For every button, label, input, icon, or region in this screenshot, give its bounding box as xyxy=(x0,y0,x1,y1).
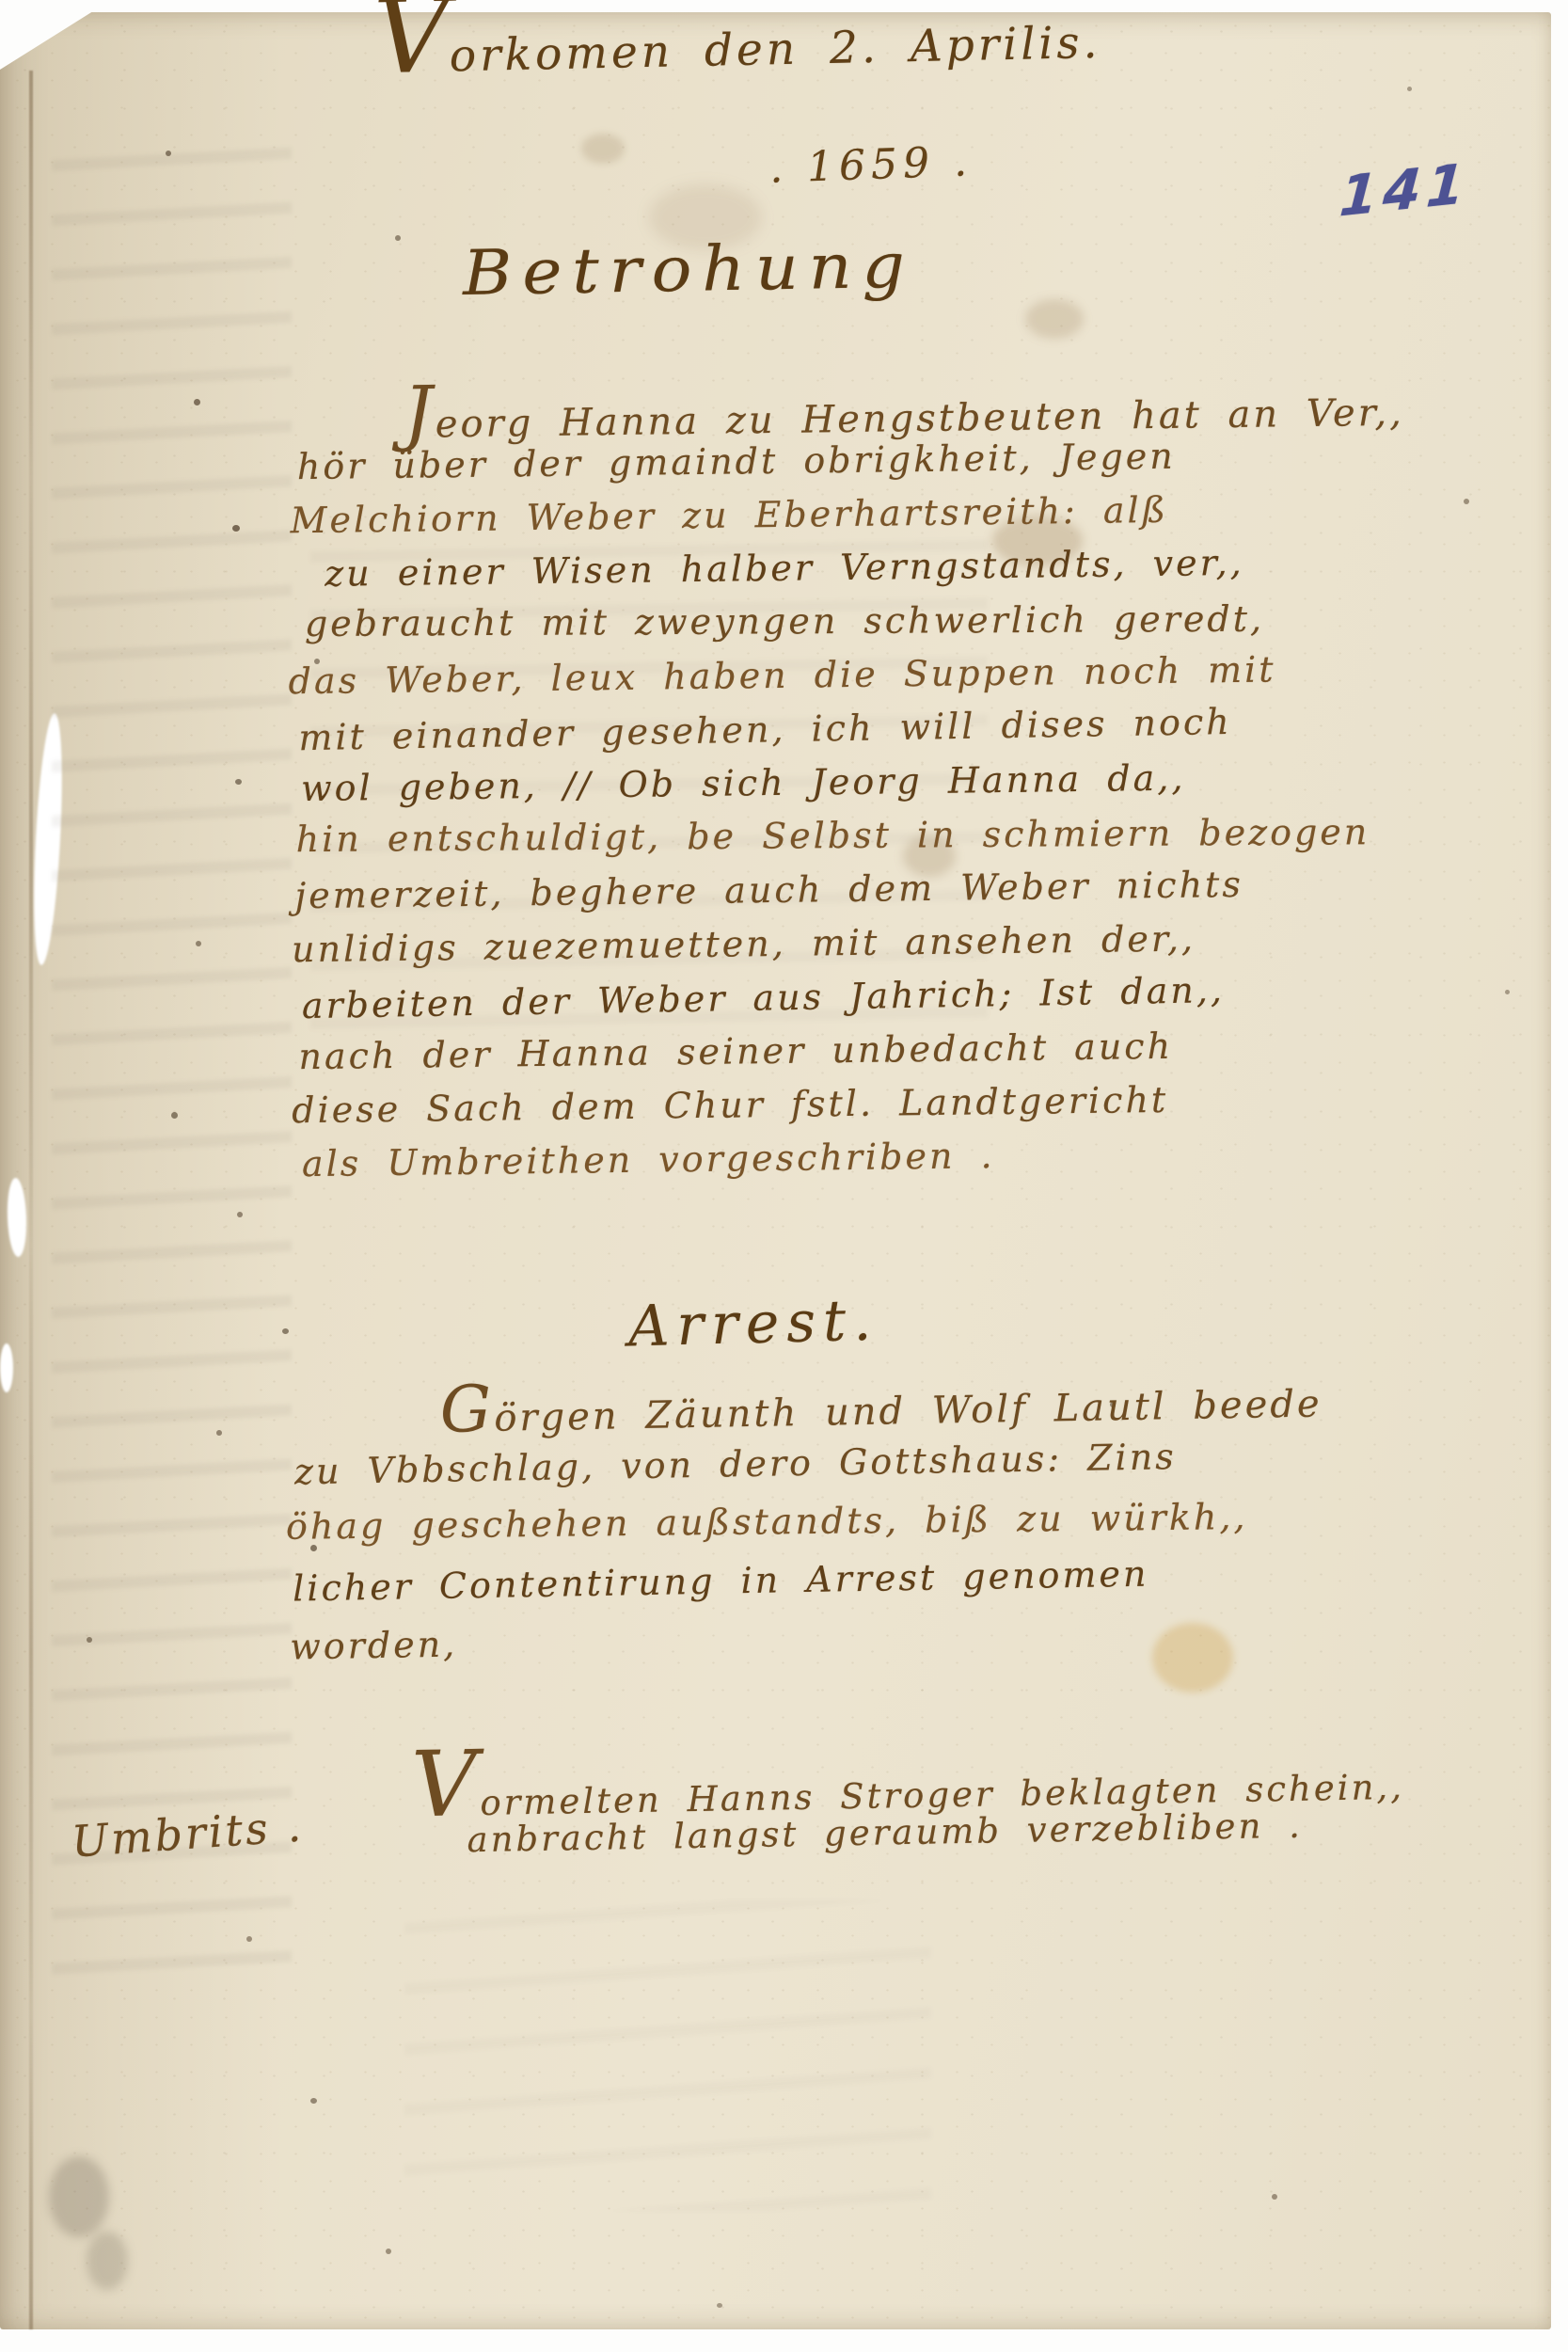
binding-crease xyxy=(29,71,33,2329)
manuscript-line: gebraucht mit zweyngen schwerlich geredt… xyxy=(286,592,1407,651)
closing-paragraph: Vormelten Hanns Stroger beklagten schein… xyxy=(411,1740,1405,1869)
betrohung-paragraph: Jeorg Hanna zu Hengstbeuten hat an Ver,,… xyxy=(283,373,1414,1191)
section-heading-betrohung: Betrohung xyxy=(462,230,915,310)
manuscript-scan: 141 Vorkomen den 2. Aprilis. . 1659 . Be… xyxy=(0,0,1568,2352)
arrest-paragraph: Görgen Zäunth und Wolf Lautl beede zu Vb… xyxy=(281,1366,1326,1676)
year-line: . 1659 . xyxy=(768,137,974,193)
manuscript-line: öhag geschehen außstandts, biß zu würkh,… xyxy=(284,1486,1324,1556)
manuscript-line: hin entschuldigt, be Selbst in schmiern … xyxy=(289,805,1410,866)
paper-chip xyxy=(0,1343,13,1392)
section-heading-arrest: Arrest. xyxy=(627,1288,879,1360)
